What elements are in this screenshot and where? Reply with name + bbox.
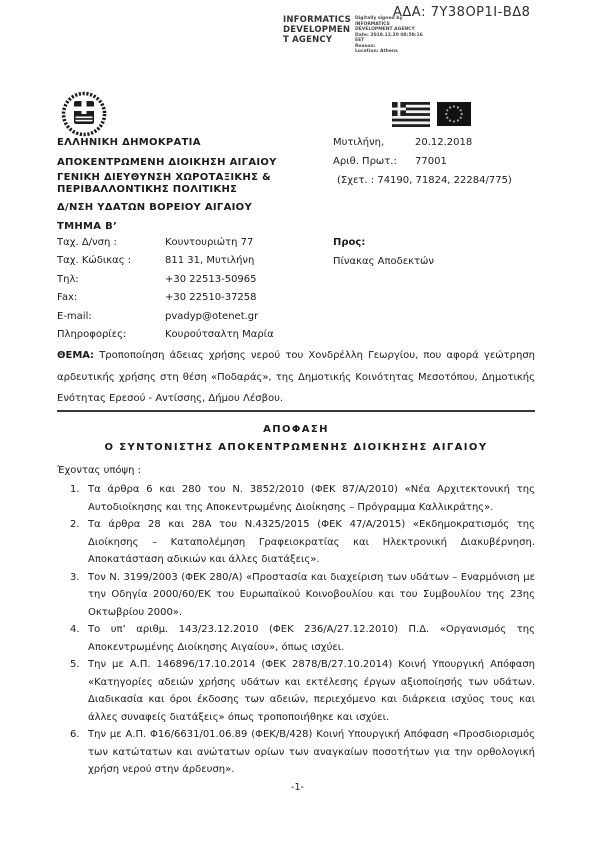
greek-flag-icon <box>392 102 430 131</box>
republic-title: ΕΛΛΗΝΙΚΗ ΔΗΜΟΚΡΑΤΙΑ <box>57 137 277 149</box>
contact-value: pvadyp@otenet.gr <box>165 311 258 322</box>
department-title: ΤΜΗΜΑ Β’ <box>57 221 277 233</box>
contact-value: +30 22513-50965 <box>165 274 257 285</box>
list-item-text: Τα άρθρα 6 και 280 του Ν. 3852/2010 (ΦΕΚ… <box>88 481 535 516</box>
preamble-text: Έχοντας υπόψη : <box>57 465 141 476</box>
list-item-text: Τον Ν. 3199/2003 (ΦΕΚ 280/Α) «Προστασία … <box>88 569 535 622</box>
contact-value: Κουρούτσαλτη Μαρία <box>165 329 274 340</box>
protocol-row: Αριθ. Πρωτ.: 77001 <box>333 156 512 167</box>
contact-value: +30 22510-37258 <box>165 292 257 303</box>
subject-paragraph: ΘΕΜΑ: Τροποποίηση άδειας χρήσης νερού το… <box>57 345 535 410</box>
digital-signature-stamp: INFORMATICSDEVELOPMENT AGENCY Digitally … <box>283 15 423 55</box>
contact-value: Κουντουριώτη 77 <box>165 237 253 248</box>
list-item-number: 4. <box>57 621 88 656</box>
protocol-number: 77001 <box>415 156 447 167</box>
directorate-title-line1: ΓΕΝΙΚΗ ΔΙΕΥΘΥΝΣΗ ΧΩΡΟΤΑΞΙΚΗΣ & <box>57 172 277 184</box>
division-title: Δ/ΝΣΗ ΥΔΑΤΩΝ ΒΟΡΕΙΟΥ ΑΙΓΑΙΟΥ <box>57 202 277 214</box>
subject-text: Τροποποίηση άδειας χρήσης νερού του Χονδ… <box>57 350 535 404</box>
contact-row: Τηλ: +30 22513-50965 <box>57 274 274 292</box>
stamp-signature-details: Digitally signed byINFORMATICSDEVELOPMEN… <box>355 15 423 55</box>
stamp-agency-line: T AGENCY <box>283 35 349 45</box>
flags-group <box>392 102 471 131</box>
hellenic-republic-emblem-icon <box>60 90 108 142</box>
stamp-signature-line: DEVELOPMENT AGENCY <box>355 27 423 33</box>
list-item-text: Τα άρθρα 28 και 28Α του Ν.4325/2015 (ΦΕΚ… <box>88 516 535 569</box>
stamp-agency-name: INFORMATICSDEVELOPMENT AGENCY <box>283 15 349 55</box>
list-item-number: 1. <box>57 481 88 516</box>
decision-title: ΑΠΟΦΑΣΗ <box>57 424 535 435</box>
list-item: 2. Τα άρθρα 28 και 28Α του Ν.4325/2015 (… <box>57 516 535 569</box>
administration-title: ΑΠΟΚΕΝΤΡΩΜΕΝΗ ΔΙΟΙΚΗΣΗ ΑΙΓΑΙΟΥ <box>57 157 277 169</box>
contact-label: Ταχ. Κώδικας : <box>57 255 165 266</box>
stamp-agency-line: DEVELOPMEN <box>283 25 349 35</box>
contact-row: Ταχ. Κώδικας : 811 31, Μυτιλήνη <box>57 255 274 273</box>
decision-heading: ΑΠΟΦΑΣΗ Ο ΣΥΝΤΟΝΙΣΤΗΣ ΑΠΟΚΕΝΤΡΩΜΕΝΗΣ ΔΙΟ… <box>57 424 535 453</box>
stamp-signature-line: Date: 2018.12.20 08:58:16 <box>355 33 423 39</box>
protocol-block: Μυτιλήνη, 20.12.2018 Αριθ. Πρωτ.: 77001 … <box>333 137 512 186</box>
decision-subtitle: Ο ΣΥΝΤΟΝΙΣΤΗΣ ΑΠΟΚΕΝΤΡΩΜΕΝΗΣ ΔΙΟΙΚΗΣΗΣ Α… <box>57 442 535 453</box>
contact-label: E-mail: <box>57 311 165 322</box>
contact-value: 811 31, Μυτιλήνη <box>165 255 254 266</box>
separator-line <box>57 410 535 412</box>
stamp-signature-line: Location: Athens <box>355 49 423 55</box>
recipient-label: Προς: <box>333 237 434 248</box>
directorate-title-line2: ΠΕΡΙΒΑΛΛΟΝΤΙΚΗΣ ΠΟΛΙΤΙΚΗΣ <box>57 184 277 196</box>
list-item-text: Την με Α.Π. 146896/17.10.2014 (ΦΕΚ 2878/… <box>88 656 535 726</box>
place-date-row: Μυτιλήνη, 20.12.2018 <box>333 137 512 148</box>
document-date: 20.12.2018 <box>415 137 472 148</box>
recipient-value: Πίνακας Αποδεκτών <box>333 256 434 267</box>
considerations-list: 1. Τα άρθρα 6 και 280 του Ν. 3852/2010 (… <box>57 481 535 779</box>
document-page: ΑΔΑ: 7Υ38ΟΡ1Ι-ΒΔ8 INFORMATICSDEVELOPMENT… <box>0 0 595 842</box>
contact-label: Ταχ. Δ/νση : <box>57 237 165 248</box>
contact-label: Fax: <box>57 292 165 303</box>
contact-label: Πληροφορίες: <box>57 329 165 340</box>
recipient-block: Προς: Πίνακας Αποδεκτών <box>333 237 434 267</box>
eu-flag-icon <box>437 102 471 130</box>
list-item: 5. Την με Α.Π. 146896/17.10.2014 (ΦΕΚ 28… <box>57 656 535 726</box>
issuing-authority-block: ΕΛΛΗΝΙΚΗ ΔΗΜΟΚΡΑΤΙΑ ΑΠΟΚΕΝΤΡΩΜΕΝΗ ΔΙΟΙΚΗ… <box>57 137 277 233</box>
contact-row: E-mail: pvadyp@otenet.gr <box>57 311 274 329</box>
list-item-text: Το υπ’ αριθμ. 143/23.12.2010 (ΦΕΚ 236/Α/… <box>88 621 535 656</box>
list-item: 1. Τα άρθρα 6 και 280 του Ν. 3852/2010 (… <box>57 481 535 516</box>
list-item: 4. Το υπ’ αριθμ. 143/23.12.2010 (ΦΕΚ 236… <box>57 621 535 656</box>
list-item-number: 6. <box>57 726 88 779</box>
contact-row: Ταχ. Δ/νση : Κουντουριώτη 77 <box>57 237 274 255</box>
contact-row: Fax: +30 22510-37258 <box>57 292 274 310</box>
protocol-label: Αριθ. Πρωτ.: <box>333 156 415 167</box>
page-number: -1- <box>0 782 595 793</box>
list-item-text: Την με Α.Π. Φ16/6631/01.06.89 (ΦΕΚ/Β/428… <box>88 726 535 779</box>
contact-label: Τηλ: <box>57 274 165 285</box>
list-item-number: 3. <box>57 569 88 622</box>
contact-details-block: Ταχ. Δ/νση : Κουντουριώτη 77 Ταχ. Κώδικα… <box>57 237 274 347</box>
list-item-number: 5. <box>57 656 88 726</box>
list-item-number: 2. <box>57 516 88 569</box>
related-protocols: (Σχετ. : 74190, 71824, 22284/775) <box>337 175 512 186</box>
list-item: 6. Την με Α.Π. Φ16/6631/01.06.89 (ΦΕΚ/Β/… <box>57 726 535 779</box>
list-item: 3. Τον Ν. 3199/2003 (ΦΕΚ 280/Α) «Προστασ… <box>57 569 535 622</box>
stamp-agency-line: INFORMATICS <box>283 15 349 25</box>
place-label: Μυτιλήνη, <box>333 137 415 148</box>
subject-label: ΘΕΜΑ: <box>57 350 94 361</box>
